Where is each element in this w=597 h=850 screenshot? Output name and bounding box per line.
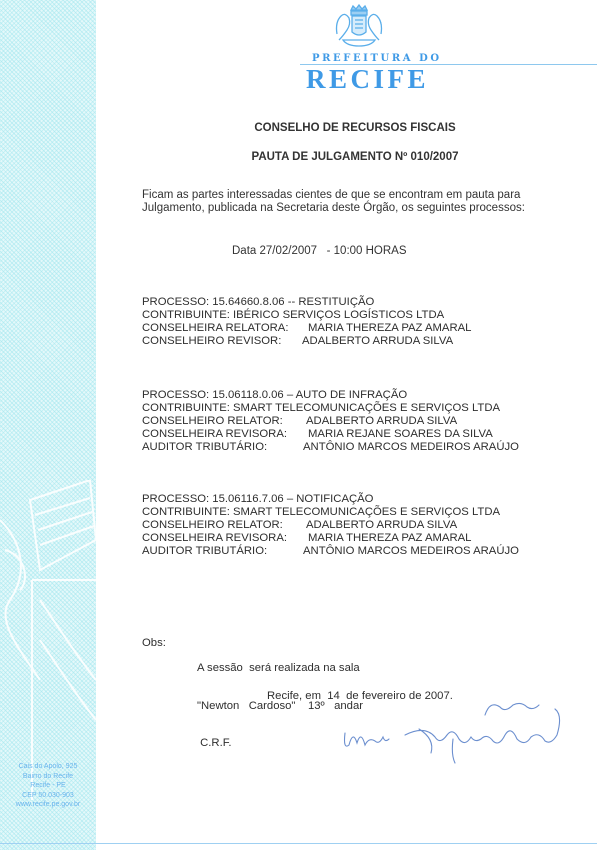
process-number-row: PROCESSO: 15.06116.7.06 – NOTIFICAÇÃO [142, 493, 500, 506]
taxpayer-row: CONTRIBUINTE: SMART TELECOMUNICAÇÕES E S… [142, 506, 500, 519]
taxpayer-row: CONTRIBUINTE: IBÉRICO SERVIÇOS LOGÍSTICO… [142, 309, 444, 322]
intro-paragraph: Ficam as partes interessadas cientes de … [142, 189, 562, 215]
taxpayer-row: CONTRIBUINTE: SMART TELECOMUNICAÇÕES E S… [142, 402, 500, 415]
address-line: Bairro do Recife [0, 772, 96, 782]
footer-rule [0, 843, 597, 844]
process-block: PROCESSO: 15.06118.0.06 – AUTO DE INFRAÇ… [142, 389, 500, 454]
address-line: www.recife.pe.gov.br [0, 800, 96, 810]
process-block: PROCESSO: 15.64660.8.06 -- RESTITUIÇÃO C… [142, 296, 444, 348]
letterhead-recife: RECIFE [306, 64, 429, 95]
signature-icon [335, 695, 575, 765]
obs-label: Obs: [142, 637, 166, 650]
rapporteur-row: CONSELHEIRA RELATORA:MARIA THEREZA PAZ A… [142, 322, 444, 335]
obs-line: A sessão será realizada na sala [197, 662, 397, 675]
coat-of-arms-icon [331, 4, 387, 48]
decorative-side-strip: Cais do Apolo, 925 Bairro do Recife Reci… [0, 0, 96, 850]
reviewer-row: CONSELHEIRA REVISORA:MARIA REJANE SOARES… [142, 428, 500, 441]
document-subtitle: PAUTA DE JULGAMENTO Nº 010/2007 [130, 151, 580, 163]
city-illustration-icon [0, 480, 96, 800]
process-number-row: PROCESSO: 15.64660.8.06 -- RESTITUIÇÃO [142, 296, 444, 309]
address-line: Recife - PE [0, 781, 96, 791]
letterhead-prefeitura: PREFEITURA DO [312, 53, 442, 64]
document-title: CONSELHO DE RECURSOS FISCAIS [130, 122, 580, 134]
rapporteur-row: CONSELHEIRO RELATOR:ADALBERTO ARRUDA SIL… [142, 415, 500, 428]
session-date: Data 27/02/2007 - 10:00 HORAS [232, 245, 407, 257]
reviewer-row: CONSELHEIRA REVISORA:MARIA THEREZA PAZ A… [142, 532, 500, 545]
auditor-row: AUDITOR TRIBUTÁRIO:ANTÔNIO MARCOS MEDEIR… [142, 545, 500, 558]
reviewer-row: CONSELHEIRO REVISOR:ADALBERTO ARRUDA SIL… [142, 335, 444, 348]
auditor-row: AUDITOR TRIBUTÁRIO:ANTÔNIO MARCOS MEDEIR… [142, 441, 500, 454]
address-line: Cais do Apolo, 925 [0, 762, 96, 772]
address-block: Cais do Apolo, 925 Bairro do Recife Reci… [0, 762, 96, 810]
address-line: CEP 50.030-903 [0, 791, 96, 801]
rapporteur-row: CONSELHEIRO RELATOR:ADALBERTO ARRUDA SIL… [142, 519, 500, 532]
process-number-row: PROCESSO: 15.06118.0.06 – AUTO DE INFRAÇ… [142, 389, 500, 402]
process-block: PROCESSO: 15.06116.7.06 – NOTIFICAÇÃO CO… [142, 493, 500, 558]
